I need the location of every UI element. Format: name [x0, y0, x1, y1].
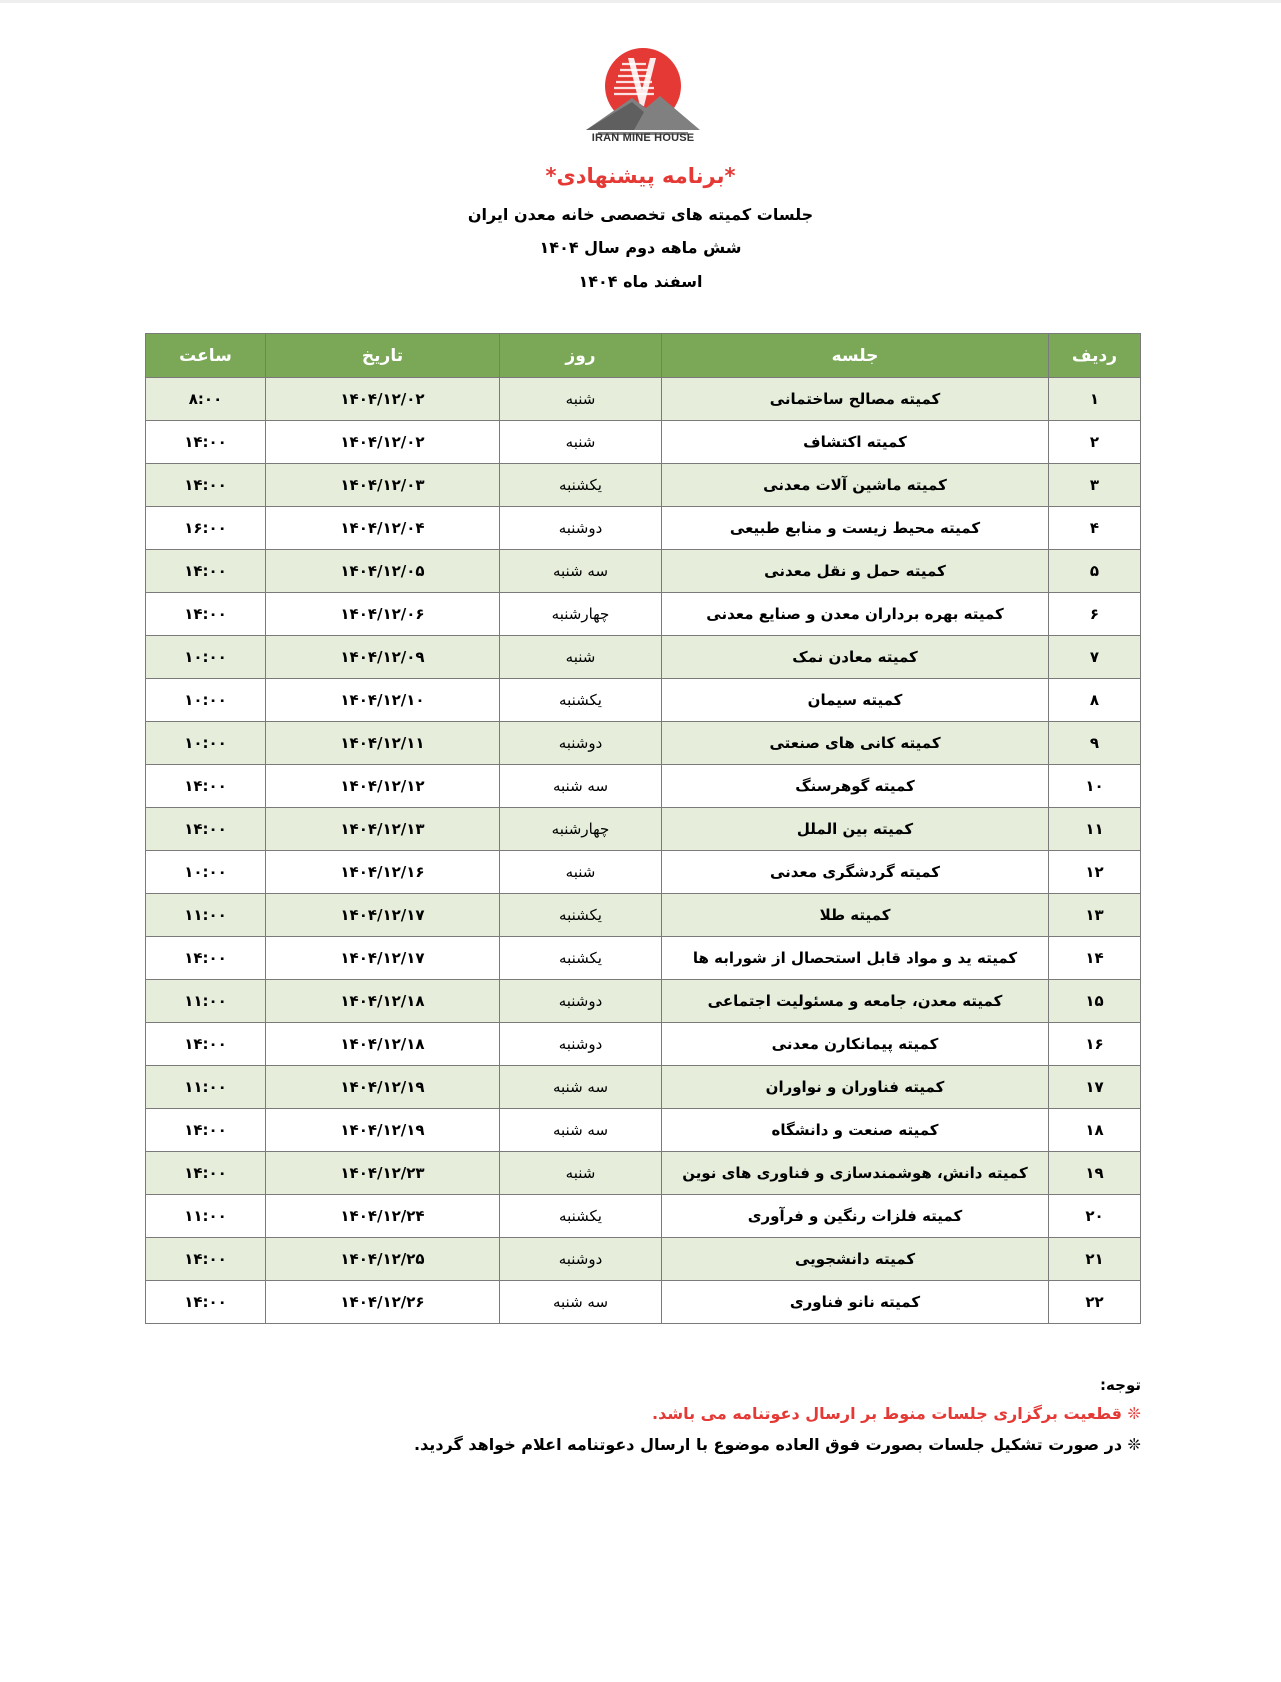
column-header-date: تاریخ [266, 334, 500, 378]
session-day: چهارشنبه [500, 593, 662, 636]
table-row: ۱۶کمیته پیمانکارن معدنیدوشنبه۱۴۰۴/۱۲/۱۸۱… [146, 1023, 1141, 1066]
session-time: ۱۴:۰۰ [146, 421, 266, 464]
session-day: سه شنبه [500, 1109, 662, 1152]
session-date: ۱۴۰۴/۱۲/۱۹ [266, 1066, 500, 1109]
session-day: شنبه [500, 378, 662, 421]
session-date: ۱۴۰۴/۱۲/۱۹ [266, 1109, 500, 1152]
table-row: ۲۱کمیته دانشجوییدوشنبه۱۴۰۴/۱۲/۲۵۱۴:۰۰ [146, 1238, 1141, 1281]
month-label: اسفند ماه ۱۴۰۴ [0, 272, 1281, 291]
session-day: یکشنبه [500, 1195, 662, 1238]
session-time: ۸:۰۰ [146, 378, 266, 421]
table-row: ۱۰کمیته گوهرسنگسه شنبه۱۴۰۴/۱۲/۱۲۱۴:۰۰ [146, 765, 1141, 808]
session-day: دوشنبه [500, 507, 662, 550]
row-number: ۱۳ [1049, 894, 1141, 937]
session-date: ۱۴۰۴/۱۲/۲۳ [266, 1152, 500, 1195]
row-number: ۱۶ [1049, 1023, 1141, 1066]
session-name: کمیته معدن، جامعه و مسئولیت اجتماعی [662, 980, 1049, 1023]
session-name: کمیته صنعت و دانشگاه [662, 1109, 1049, 1152]
session-time: ۱۴:۰۰ [146, 1238, 266, 1281]
session-day: دوشنبه [500, 1023, 662, 1066]
session-name: کمیته فلزات رنگین و فرآوری [662, 1195, 1049, 1238]
note-extraordinary-sessions: ❊ در صورت تشکیل جلسات بصورت فوق العاده م… [414, 1435, 1141, 1454]
session-time: ۱۴:۰۰ [146, 550, 266, 593]
session-name: کمیته مصالح ساختمانی [662, 378, 1049, 421]
session-time: ۱۴:۰۰ [146, 765, 266, 808]
session-day: سه شنبه [500, 1281, 662, 1324]
row-number: ۲۱ [1049, 1238, 1141, 1281]
table-row: ۱۸کمیته صنعت و دانشگاهسه شنبه۱۴۰۴/۱۲/۱۹۱… [146, 1109, 1141, 1152]
row-number: ۱۴ [1049, 937, 1141, 980]
row-number: ۱۹ [1049, 1152, 1141, 1195]
notes-label: توجه: [414, 1376, 1141, 1394]
table-row: ۱۱کمیته بین المللچهارشنبه۱۴۰۴/۱۲/۱۳۱۴:۰۰ [146, 808, 1141, 851]
session-name: کمیته طلا [662, 894, 1049, 937]
row-number: ۲۲ [1049, 1281, 1141, 1324]
session-day: یکشنبه [500, 464, 662, 507]
row-number: ۲۰ [1049, 1195, 1141, 1238]
session-date: ۱۴۰۴/۱۲/۱۱ [266, 722, 500, 765]
session-name: کمیته نانو فناوری [662, 1281, 1049, 1324]
session-time: ۱۱:۰۰ [146, 1195, 266, 1238]
session-name: کمیته پیمانکارن معدنی [662, 1023, 1049, 1066]
session-time: ۱۴:۰۰ [146, 1281, 266, 1324]
session-time: ۱۰:۰۰ [146, 679, 266, 722]
row-number: ۱ [1049, 378, 1141, 421]
table-row: ۲۰کمیته فلزات رنگین و فرآورییکشنبه۱۴۰۴/۱… [146, 1195, 1141, 1238]
row-number: ۵ [1049, 550, 1141, 593]
session-date: ۱۴۰۴/۱۲/۱۸ [266, 1023, 500, 1066]
session-date: ۱۴۰۴/۱۲/۱۸ [266, 980, 500, 1023]
session-time: ۱۴:۰۰ [146, 937, 266, 980]
session-date: ۱۴۰۴/۱۲/۲۵ [266, 1238, 500, 1281]
session-name: کمیته معادن نمک [662, 636, 1049, 679]
table-row: ۲۲کمیته نانو فناوریسه شنبه۱۴۰۴/۱۲/۲۶۱۴:۰… [146, 1281, 1141, 1324]
column-header-time: ساعت [146, 334, 266, 378]
session-time: ۱۴:۰۰ [146, 1023, 266, 1066]
session-day: شنبه [500, 636, 662, 679]
document-subtitle: جلسات کمیته های تخصصی خانه معدن ایران [0, 205, 1281, 224]
iran-mine-house-logo-icon [584, 46, 702, 146]
table-row: ۱کمیته مصالح ساختمانیشنبه۱۴۰۴/۱۲/۰۲۸:۰۰ [146, 378, 1141, 421]
proposed-program-title: *برنامه پیشنهادی* [0, 164, 1281, 188]
session-time: ۱۴:۰۰ [146, 1152, 266, 1195]
table-row: ۱۴کمیته ید و مواد قابل استحصال از شورابه… [146, 937, 1141, 980]
session-name: کمیته دانش، هوشمندسازی و فناوری های نوین [662, 1152, 1049, 1195]
session-name: کمیته محیط زیست و منابع طبیعی [662, 507, 1049, 550]
session-date: ۱۴۰۴/۱۲/۰۹ [266, 636, 500, 679]
row-number: ۱۰ [1049, 765, 1141, 808]
session-name: کمیته بهره برداران معدن و صنایع معدنی [662, 593, 1049, 636]
session-day: سه شنبه [500, 765, 662, 808]
session-name: کمیته گوهرسنگ [662, 765, 1049, 808]
table-header-row: ردیف جلسه روز تاریخ ساعت [146, 334, 1141, 378]
session-time: ۱۴:۰۰ [146, 1109, 266, 1152]
session-name: کمیته اکتشاف [662, 421, 1049, 464]
session-date: ۱۴۰۴/۱۲/۱۷ [266, 937, 500, 980]
session-time: ۱۰:۰۰ [146, 851, 266, 894]
session-date: ۱۴۰۴/۱۲/۱۲ [266, 765, 500, 808]
session-date: ۱۴۰۴/۱۲/۲۴ [266, 1195, 500, 1238]
session-date: ۱۴۰۴/۱۲/۰۲ [266, 378, 500, 421]
session-time: ۱۴:۰۰ [146, 593, 266, 636]
session-day: شنبه [500, 851, 662, 894]
session-name: کمیته بین الملل [662, 808, 1049, 851]
session-time: ۱۰:۰۰ [146, 722, 266, 765]
session-time: ۱۱:۰۰ [146, 980, 266, 1023]
session-day: شنبه [500, 1152, 662, 1195]
session-name: کمیته گردشگری معدنی [662, 851, 1049, 894]
session-day: یکشنبه [500, 679, 662, 722]
session-day: دوشنبه [500, 980, 662, 1023]
row-number: ۸ [1049, 679, 1141, 722]
table-row: ۷کمیته معادن نمکشنبه۱۴۰۴/۱۲/۰۹۱۰:۰۰ [146, 636, 1141, 679]
session-date: ۱۴۰۴/۱۲/۱۳ [266, 808, 500, 851]
session-date: ۱۴۰۴/۱۲/۰۲ [266, 421, 500, 464]
table-row: ۱۳کمیته طلایکشنبه۱۴۰۴/۱۲/۱۷۱۱:۰۰ [146, 894, 1141, 937]
row-number: ۱۸ [1049, 1109, 1141, 1152]
column-header-row-number: ردیف [1049, 334, 1141, 378]
session-time: ۱۱:۰۰ [146, 894, 266, 937]
row-number: ۴ [1049, 507, 1141, 550]
top-border [0, 0, 1281, 3]
session-date: ۱۴۰۴/۱۲/۰۳ [266, 464, 500, 507]
note-invitation-required: ❊ قطعیت برگزاری جلسات منوط بر ارسال دعوت… [414, 1404, 1141, 1423]
table-row: ۵کمیته حمل و نقل معدنیسه شنبه۱۴۰۴/۱۲/۰۵۱… [146, 550, 1141, 593]
row-number: ۱۵ [1049, 980, 1141, 1023]
session-day: دوشنبه [500, 1238, 662, 1281]
table-row: ۱۷کمیته فناوران و نواورانسه شنبه۱۴۰۴/۱۲/… [146, 1066, 1141, 1109]
session-name: کمیته دانشجویی [662, 1238, 1049, 1281]
table-row: ۸کمیته سیمانیکشنبه۱۴۰۴/۱۲/۱۰۱۰:۰۰ [146, 679, 1141, 722]
session-date: ۱۴۰۴/۱۲/۱۷ [266, 894, 500, 937]
session-day: شنبه [500, 421, 662, 464]
session-name: کمیته حمل و نقل معدنی [662, 550, 1049, 593]
row-number: ۱۲ [1049, 851, 1141, 894]
session-date: ۱۴۰۴/۱۲/۰۴ [266, 507, 500, 550]
session-day: دوشنبه [500, 722, 662, 765]
session-day: سه شنبه [500, 550, 662, 593]
session-time: ۱۱:۰۰ [146, 1066, 266, 1109]
row-number: ۶ [1049, 593, 1141, 636]
committee-schedule-table: ردیف جلسه روز تاریخ ساعت ۱کمیته مصالح سا… [145, 333, 1141, 1324]
row-number: ۲ [1049, 421, 1141, 464]
session-day: یکشنبه [500, 894, 662, 937]
session-time: ۱۶:۰۰ [146, 507, 266, 550]
table-row: ۴کمیته محیط زیست و منابع طبیعیدوشنبه۱۴۰۴… [146, 507, 1141, 550]
session-time: ۱۴:۰۰ [146, 464, 266, 507]
session-date: ۱۴۰۴/۱۲/۰۵ [266, 550, 500, 593]
logo-caption: IRAN MINE HOUSE [570, 132, 716, 144]
session-name: کمیته سیمان [662, 679, 1049, 722]
table-row: ۱۲کمیته گردشگری معدنیشنبه۱۴۰۴/۱۲/۱۶۱۰:۰۰ [146, 851, 1141, 894]
period-label: شش ماهه دوم سال ۱۴۰۴ [0, 238, 1281, 257]
table-row: ۹کمیته کانی های صنعتیدوشنبه۱۴۰۴/۱۲/۱۱۱۰:… [146, 722, 1141, 765]
notes-section: توجه: ❊ قطعیت برگزاری جلسات منوط بر ارسا… [414, 1376, 1141, 1454]
session-name: کمیته ید و مواد قابل استحصال از شورابه ه… [662, 937, 1049, 980]
row-number: ۱۷ [1049, 1066, 1141, 1109]
session-time: ۱۰:۰۰ [146, 636, 266, 679]
session-date: ۱۴۰۴/۱۲/۰۶ [266, 593, 500, 636]
session-name: کمیته کانی های صنعتی [662, 722, 1049, 765]
session-name: کمیته فناوران و نواوران [662, 1066, 1049, 1109]
column-header-session: جلسه [662, 334, 1049, 378]
session-time: ۱۴:۰۰ [146, 808, 266, 851]
session-name: کمیته ماشین آلات معدنی [662, 464, 1049, 507]
row-number: ۹ [1049, 722, 1141, 765]
row-number: ۷ [1049, 636, 1141, 679]
session-date: ۱۴۰۴/۱۲/۱۶ [266, 851, 500, 894]
session-date: ۱۴۰۴/۱۲/۲۶ [266, 1281, 500, 1324]
column-header-day: روز [500, 334, 662, 378]
table-row: ۲کمیته اکتشافشنبه۱۴۰۴/۱۲/۰۲۱۴:۰۰ [146, 421, 1141, 464]
table-row: ۶کمیته بهره برداران معدن و صنایع معدنیچه… [146, 593, 1141, 636]
row-number: ۱۱ [1049, 808, 1141, 851]
session-day: یکشنبه [500, 937, 662, 980]
row-number: ۳ [1049, 464, 1141, 507]
table-row: ۱۵کمیته معدن، جامعه و مسئولیت اجتماعیدوش… [146, 980, 1141, 1023]
session-date: ۱۴۰۴/۱۲/۱۰ [266, 679, 500, 722]
session-day: چهارشنبه [500, 808, 662, 851]
session-day: سه شنبه [500, 1066, 662, 1109]
table-row: ۳کمیته ماشین آلات معدنییکشنبه۱۴۰۴/۱۲/۰۳۱… [146, 464, 1141, 507]
table-row: ۱۹کمیته دانش، هوشمندسازی و فناوری های نو… [146, 1152, 1141, 1195]
